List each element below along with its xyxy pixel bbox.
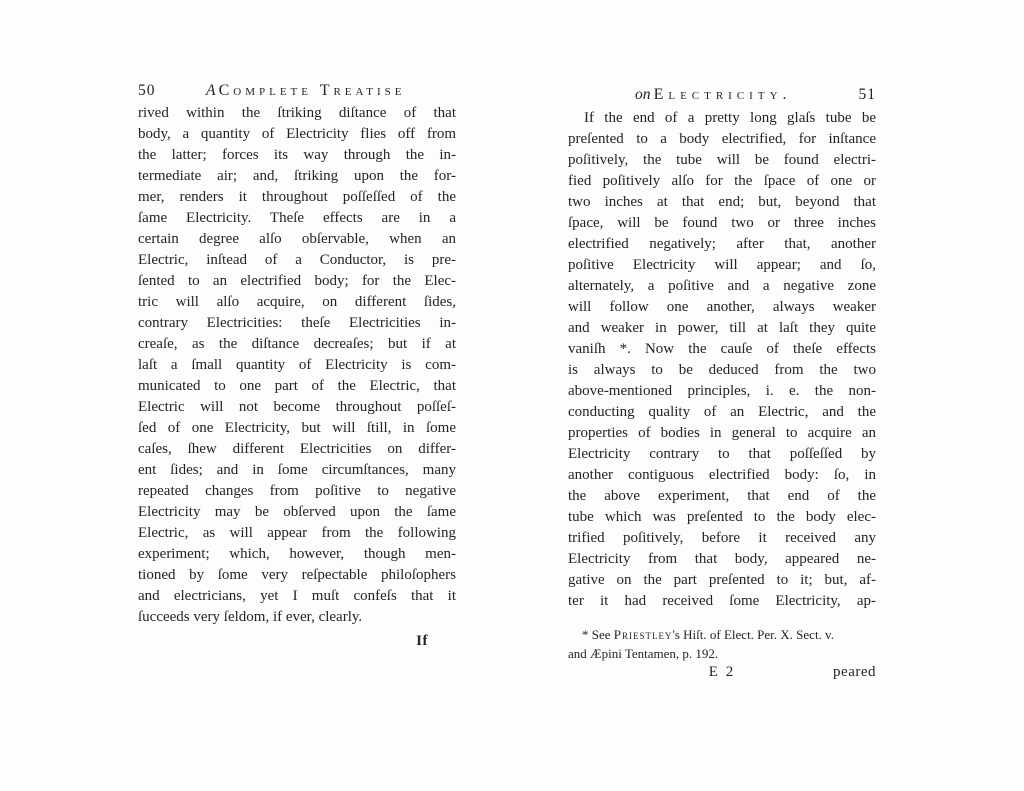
text-line: and weaker in power, till at laſt they q… (568, 318, 876, 339)
text-line: the above experiment, that end of the (568, 486, 876, 507)
text-line: tric will alſo acquire, on different ſid… (138, 292, 456, 313)
text-line: electrified negatively; after that, anot… (568, 234, 876, 255)
text-line: Electric, inſtead of a Conductor, is pre… (138, 250, 456, 271)
text-line: creaſe, as the diſtance decreaſes; but i… (138, 334, 456, 355)
text-line: ſpace, will be found two or three inches (568, 213, 876, 234)
text-line: caſes, ſhew different Electricities on d… (138, 439, 456, 460)
text-line: certain degree alſo obſervable, when an (138, 229, 456, 250)
page-right: on Electricity. 51 If the end of a prett… (568, 86, 876, 685)
text-line: properties of bodies in general to acqui… (568, 423, 876, 444)
text-line: termediate air; and, ſtriking upon the f… (138, 166, 456, 187)
text-line: mer, renders it throughout poſſeſſed of … (138, 187, 456, 208)
signature-row: E 2 peared (568, 664, 876, 685)
text-line: repeated changes from poſitive to negati… (138, 481, 456, 502)
text-line: ſented to an electrified body; for the E… (138, 271, 456, 292)
running-head-left: 50 A Complete Treatise (138, 82, 456, 103)
text-line: the latter; forces its way through the i… (138, 145, 456, 166)
text-line: Electric, as will appear from the follow… (138, 523, 456, 544)
text-line: trified poſitively, before it received a… (568, 528, 876, 549)
text-line: poſitively, the tube will be found elect… (568, 150, 876, 171)
text-line: experiment; which, however, though men- (138, 544, 456, 565)
text-line: ſucceeds very ſeldom, if ever, clearly. (138, 607, 456, 628)
text-line: vaniſh *. Now the cauſe of theſe effects (568, 339, 876, 360)
text-line: preſented to a body electrified, for inſ… (568, 129, 876, 150)
text-line: rived within the ſtriking diſtance of th… (138, 103, 456, 124)
text-line: ent ſides; and in ſome circumſtances, ma… (138, 460, 456, 481)
catchword-row-left: If (138, 633, 456, 654)
text-line: poſitive Electricity will appear; and ſo… (568, 255, 876, 276)
running-title-left: A Complete Treatise (156, 82, 457, 100)
title-article: A (206, 82, 215, 99)
catchword-right: peared (833, 664, 876, 681)
title-text-left: Complete Treatise (219, 82, 406, 99)
book-scan: 50 A Complete Treatise rived within the … (0, 0, 1024, 791)
text-line: municated to one part of the Electric, t… (138, 376, 456, 397)
footnote-line-2: and Æpini Tentamen, p. 192. (568, 644, 876, 663)
running-title-right: on Electricity. (568, 86, 859, 104)
text-line: gative on the part preſented to it; but,… (568, 570, 876, 591)
text-line: contrary Electricities: theſe Electricit… (138, 313, 456, 334)
title-prefix: on (635, 86, 651, 103)
text-line: tioned by ſome very reſpectable philoſop… (138, 565, 456, 586)
text-line: body, a quantity of Electricity flies of… (138, 124, 456, 145)
footnote-author: Priestley (614, 627, 673, 642)
text-line: laſt a ſmall quantity of Electricity is … (138, 355, 456, 376)
page-number-right: 51 (859, 86, 877, 104)
text-line: fied poſitively alſo for the ſpace of on… (568, 171, 876, 192)
title-text-right: Electricity. (654, 86, 792, 103)
text-line: ter it had received ſome Electricity, ap… (568, 591, 876, 612)
page-number-left: 50 (138, 82, 156, 100)
text-line: above-mentioned principles, i. e. the no… (568, 381, 876, 402)
body-text-left: rived within the ſtriking diſtance of th… (138, 103, 456, 628)
footnote-line-1: * See Priestley's Hiſt. of Elect. Per. X… (568, 625, 876, 644)
body-text-right: If the end of a pretty long glaſs tube b… (568, 108, 876, 612)
footnote-marker: * (582, 627, 592, 642)
text-line: conducting quality of an Electric, and t… (568, 402, 876, 423)
text-line: Electricity may be obſerved upon the ſam… (138, 502, 456, 523)
running-head-right: on Electricity. 51 (568, 86, 876, 107)
text-line: Electric will not become throughout poſſ… (138, 397, 456, 418)
text-line: Electricity from that body, appeared ne- (568, 549, 876, 570)
text-line: is always to be deduced from the two (568, 360, 876, 381)
text-line: another contiguous electrified body: ſo,… (568, 465, 876, 486)
footnote-pre: See (592, 627, 614, 642)
text-line: alternately, a poſitive and a negative z… (568, 276, 876, 297)
text-line: tube which was preſented to the body ele… (568, 507, 876, 528)
text-line: ſame Electricity. Theſe effects are in a (138, 208, 456, 229)
footnote-post: 's Hiſt. of Elect. Per. X. Sect. v. (673, 627, 834, 642)
text-line: and electricians, yet I muſt confeſs tha… (138, 586, 456, 607)
footnote: * See Priestley's Hiſt. of Elect. Per. X… (568, 625, 876, 663)
text-line: ſed of one Electricity, but will ſtill, … (138, 418, 456, 439)
text-line: If the end of a pretty long glaſs tube b… (568, 108, 876, 129)
text-line: two inches at that end; but, beyond that (568, 192, 876, 213)
page-left: 50 A Complete Treatise rived within the … (138, 82, 456, 654)
catchword-left: If (416, 633, 428, 650)
text-line: Electricity contrary to that poſſeſſed b… (568, 444, 876, 465)
text-line: will follow one another, always weaker (568, 297, 876, 318)
gathering-signature: E 2 (709, 664, 735, 681)
